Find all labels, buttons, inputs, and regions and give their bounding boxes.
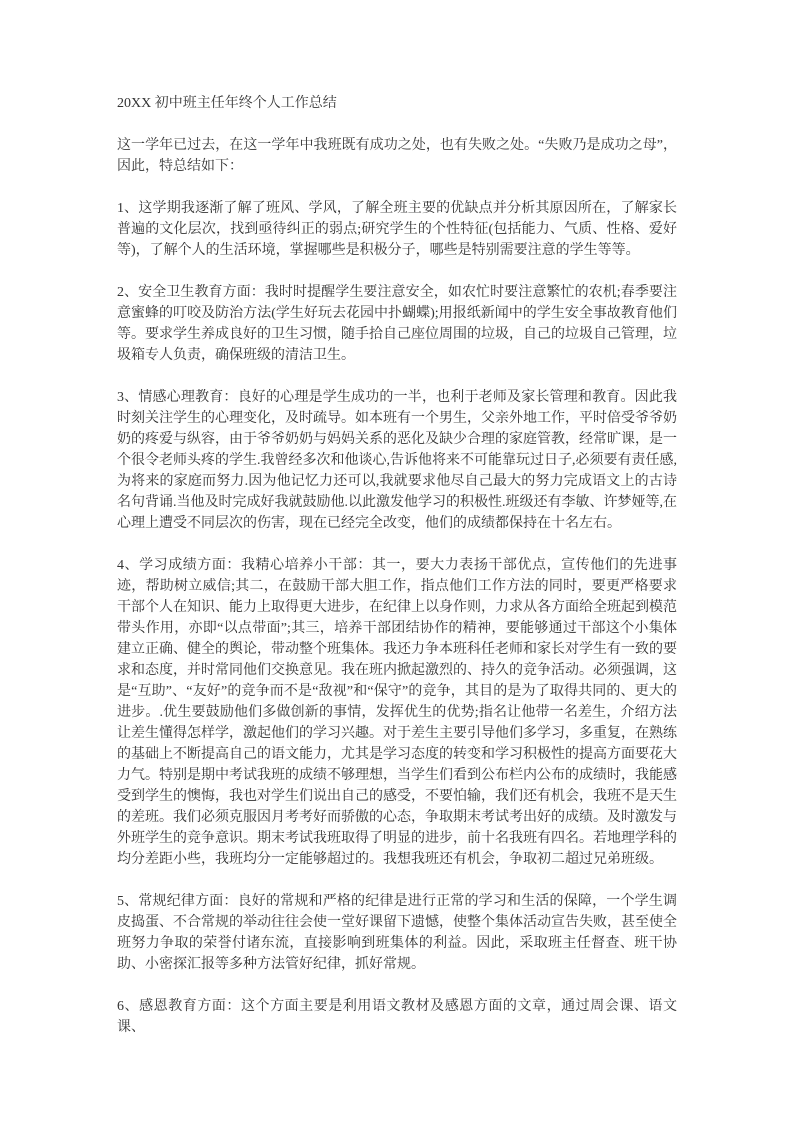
document-title: 20XX 初中班主任年终个人工作总结	[117, 93, 677, 114]
paragraph-5-discipline: 5、常规纪律方面：良好的常规和严格的纪律是进行正常的学习和生活的保障，一个学生调…	[117, 891, 677, 975]
paragraph-intro: 这一学年已过去，在这一学年中我班既有成功之处，也有失败之处。“失败乃是成功之母”…	[117, 135, 677, 177]
paragraph-4-academic-performance: 4、学习成绩方面：我精心培养小干部：其一，要大力表扬干部优点，宣传他们的先进事迹…	[117, 555, 677, 870]
paragraph-6-gratitude-education: 6、感恩教育方面：这个方面主要是利用语文教材及感恩方面的文章，通过周会课、语文课…	[117, 996, 677, 1038]
document-content: 20XX 初中班主任年终个人工作总结 这一学年已过去，在这一学年中我班既有成功之…	[117, 93, 677, 1038]
document-page: 20XX 初中班主任年终个人工作总结 这一学年已过去，在这一学年中我班既有成功之…	[0, 0, 793, 1122]
paragraph-3-emotional-psychology: 3、情感心理教育：良好的心理是学生成功的一半，也利于老师及家长管理和教育。因此我…	[117, 387, 677, 534]
paragraph-1-class-understanding: 1、这学期我逐渐了解了班风、学风，了解全班主要的优缺点并分析其原因所在，了解家长…	[117, 198, 677, 261]
paragraph-2-safety-hygiene: 2、安全卫生教育方面：我时时提醒学生要注意安全，如农忙时要注意繁忙的农机;春季要…	[117, 282, 677, 366]
